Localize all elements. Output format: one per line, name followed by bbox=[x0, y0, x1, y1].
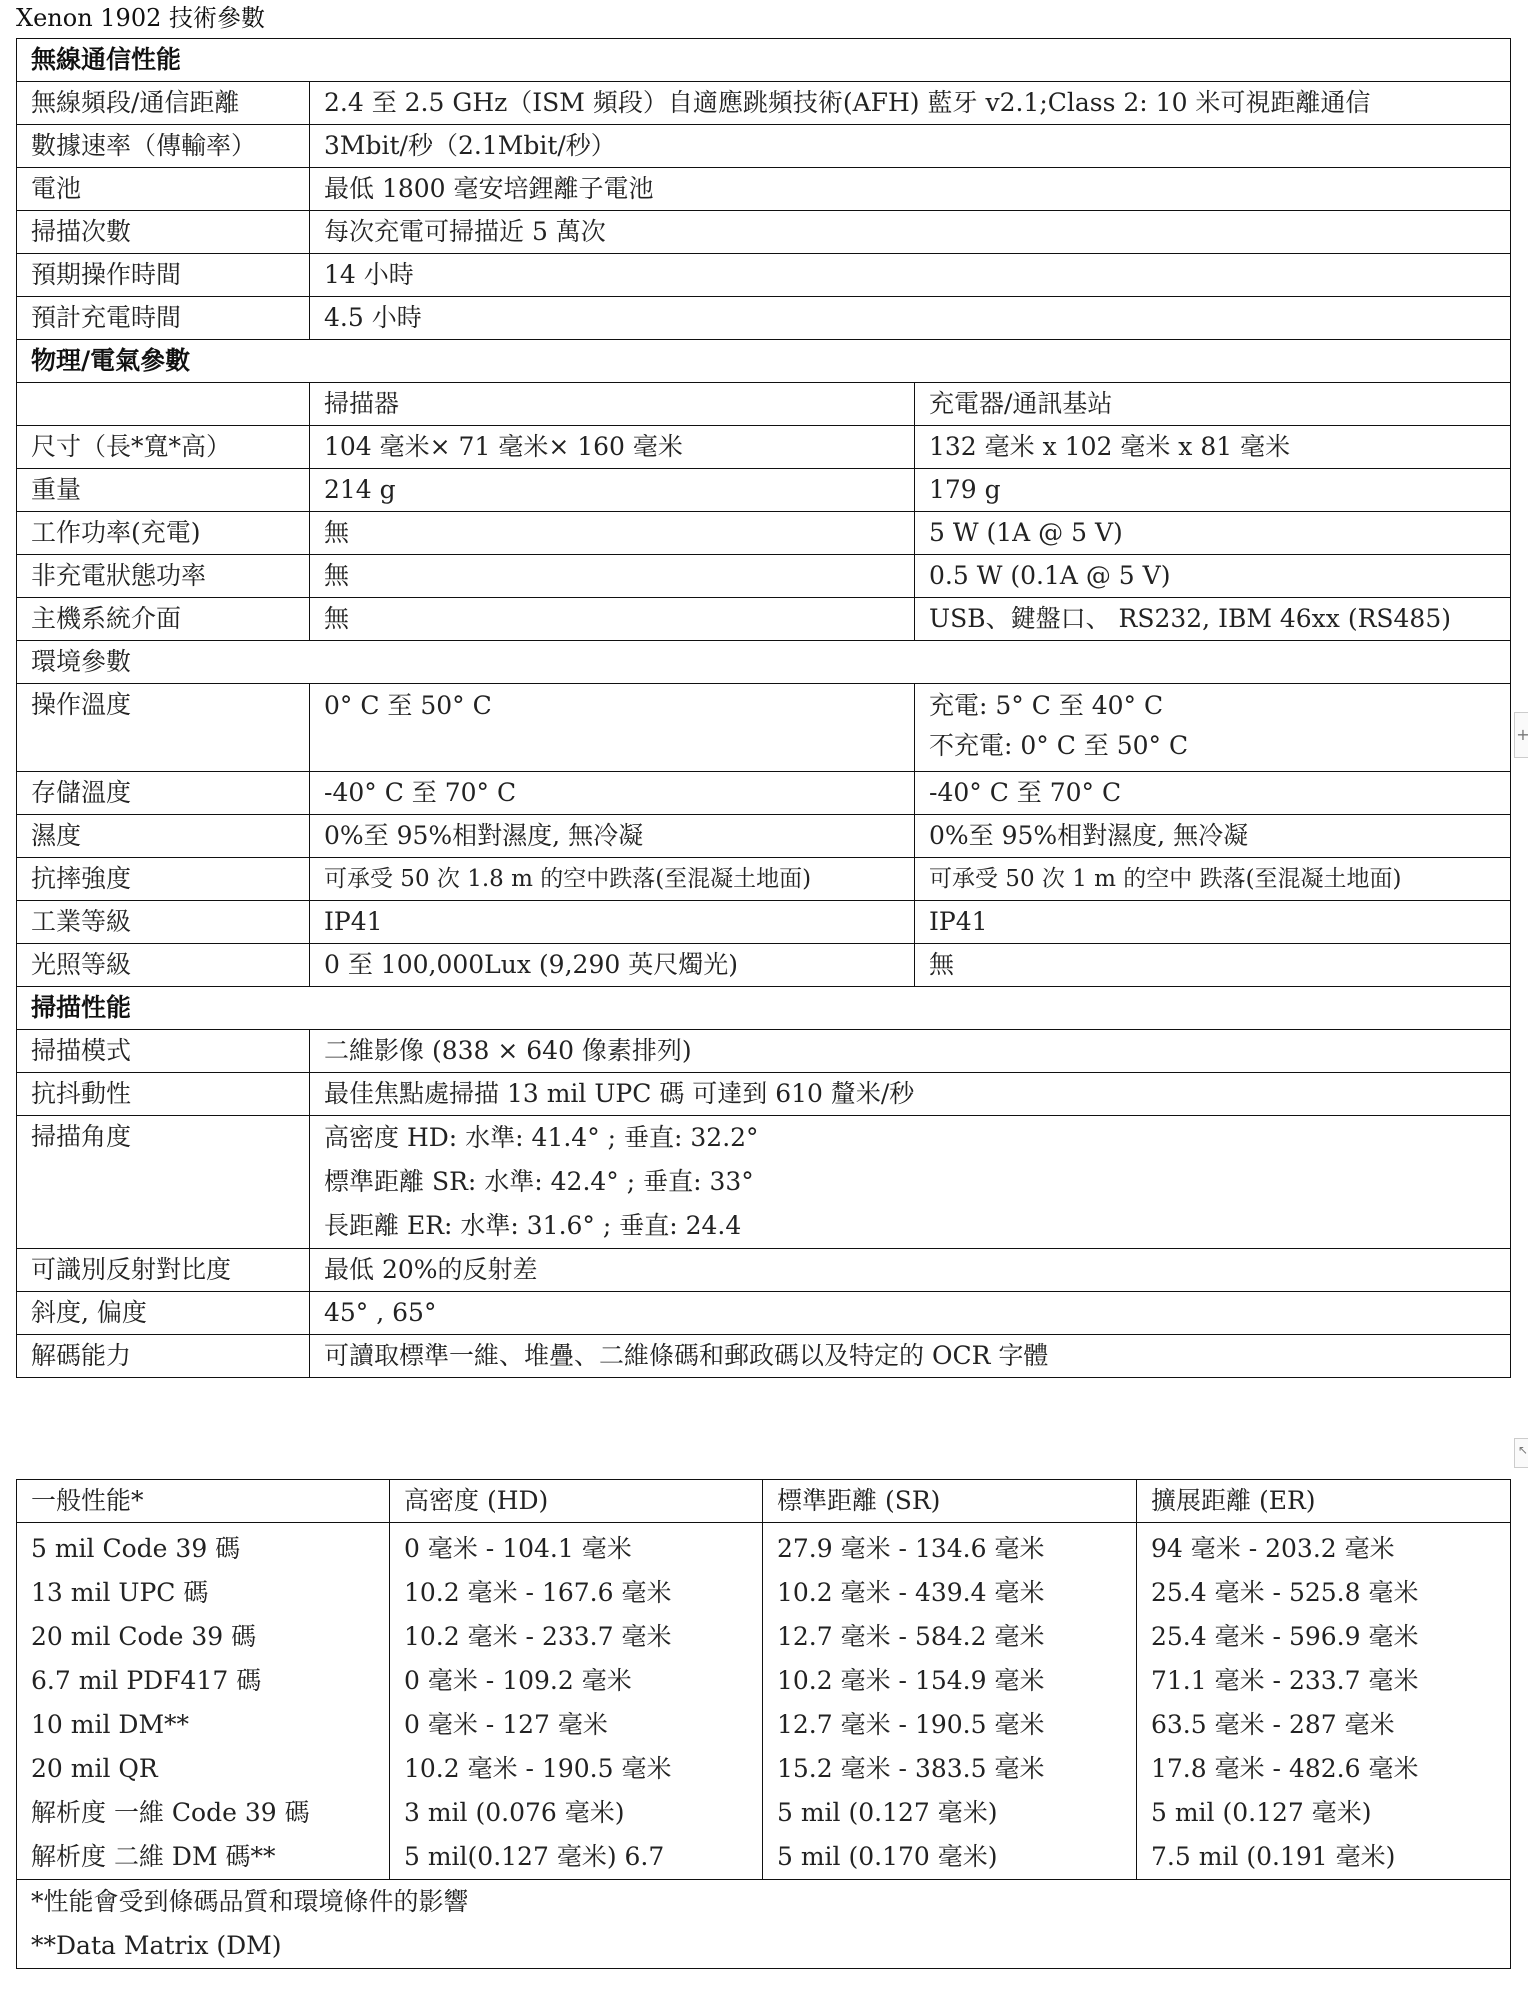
hd-column: 0 毫米 - 104.1 毫米10.2 毫米 - 167.6 毫米10.2 毫米… bbox=[390, 1523, 763, 1880]
scanner-value: 可承受 50 次 1.8 m 的空中跌落(至混凝土地面) bbox=[310, 858, 915, 901]
row-value: 14 小時 bbox=[310, 254, 1511, 297]
table-row: 可識別反射對比度最低 20%的反射差 bbox=[17, 1249, 1511, 1292]
section-header-physical: 物理/電氣參數 bbox=[17, 340, 1511, 383]
column-header-base: 充電器/通訊基站 bbox=[915, 383, 1511, 426]
column-header-sr: 標準距離 (SR) bbox=[763, 1480, 1137, 1523]
column-header-er: 擴展距離 (ER) bbox=[1137, 1480, 1511, 1523]
row-label: 可識別反射對比度 bbox=[17, 1249, 310, 1292]
row-label: 掃描次數 bbox=[17, 211, 310, 254]
row-value: 最低 20%的反射差 bbox=[310, 1249, 1511, 1292]
section-title: 物理/電氣參數 bbox=[17, 340, 1511, 383]
footnote-dm: **Data Matrix (DM) bbox=[31, 1924, 1496, 1968]
row-label: 重量 bbox=[17, 469, 310, 512]
scanner-value: 無 bbox=[310, 512, 915, 555]
document-title: Xenon 1902 技術參數 bbox=[16, 0, 265, 36]
row-label: 預期操作時間 bbox=[17, 254, 310, 297]
table-row: 抗抖動性最佳焦點處掃描 13 mil UPC 碼 可達到 610 釐米/秒 bbox=[17, 1073, 1511, 1116]
row-label: 數據速率（傳輸率） bbox=[17, 125, 310, 168]
table-row: 斜度, 偏度45° , 65° bbox=[17, 1292, 1511, 1335]
section-header-scanning: 掃描性能 bbox=[17, 987, 1511, 1030]
column-header-row: 一般性能* 高密度 (HD) 標準距離 (SR) 擴展距離 (ER) bbox=[17, 1480, 1511, 1523]
footnote-performance: *性能會受到條碼品質和環境條件的影響 bbox=[31, 1880, 1496, 1924]
table-row: 非充電狀態功率無0.5 W (0.1A @ 5 V) bbox=[17, 555, 1511, 598]
row-label: 非充電狀態功率 bbox=[17, 555, 310, 598]
table-row: 工作功率(充電)無5 W (1A @ 5 V) bbox=[17, 512, 1511, 555]
base-value: 179 g bbox=[915, 469, 1511, 512]
row-label: 解碼能力 bbox=[17, 1335, 310, 1378]
scanner-value: 無 bbox=[310, 555, 915, 598]
base-value: 5 W (1A @ 5 V) bbox=[915, 512, 1511, 555]
table-row: 光照等級0 至 100,000Lux (9,290 英尺燭光)無 bbox=[17, 944, 1511, 987]
scanner-value: IP41 bbox=[310, 901, 915, 944]
row-label: 工業等級 bbox=[17, 901, 310, 944]
spec-table: 無線通信性能 無線頻段/通信距離2.4 至 2.5 GHz（ISM 頻段）自適應… bbox=[16, 38, 1511, 1378]
table-row: 掃描角度 高密度 HD: 水準: 41.4° ; 垂直: 32.2° 標準距離 … bbox=[17, 1116, 1511, 1249]
section-title: 環境參數 bbox=[17, 641, 1511, 684]
row-value: 45° , 65° bbox=[310, 1292, 1511, 1335]
scanner-value: 無 bbox=[310, 598, 915, 641]
column-header bbox=[17, 383, 310, 426]
row-value: 高密度 HD: 水準: 41.4° ; 垂直: 32.2° 標準距離 SR: 水… bbox=[310, 1116, 1511, 1249]
add-row-button[interactable]: + bbox=[1514, 712, 1528, 758]
row-label: 抗摔強度 bbox=[17, 858, 310, 901]
row-label: 尺寸（長*寬*高） bbox=[17, 426, 310, 469]
table-row: 操作溫度 0° C 至 50° C 充電: 5° C 至 40° C不充電: 0… bbox=[17, 684, 1511, 772]
base-value: 132 毫米 x 102 毫米 x 81 毫米 bbox=[915, 426, 1511, 469]
section-title: 掃描性能 bbox=[17, 987, 1511, 1030]
sr-column: 27.9 毫米 - 134.6 毫米10.2 毫米 - 439.4 毫米12.7… bbox=[763, 1523, 1137, 1880]
table-row: 5 mil Code 39 碼13 mil UPC 碼20 mil Code 3… bbox=[17, 1523, 1511, 1880]
scanner-value: 0%至 95%相對濕度, 無冷凝 bbox=[310, 815, 915, 858]
footnote-row: *性能會受到條碼品質和環境條件的影響 **Data Matrix (DM) bbox=[17, 1880, 1511, 1969]
base-value: IP41 bbox=[915, 901, 1511, 944]
row-label: 掃描角度 bbox=[17, 1116, 310, 1249]
row-value: 二維影像 (838 × 640 像素排列) bbox=[310, 1030, 1511, 1073]
row-label: 濕度 bbox=[17, 815, 310, 858]
table-row: 無線頻段/通信距離2.4 至 2.5 GHz（ISM 頻段）自適應跳頻技術(AF… bbox=[17, 82, 1511, 125]
base-value: 0.5 W (0.1A @ 5 V) bbox=[915, 555, 1511, 598]
section-header-environment: 環境參數 bbox=[17, 641, 1511, 684]
row-label: 無線頻段/通信距離 bbox=[17, 82, 310, 125]
table-row: 抗摔強度可承受 50 次 1.8 m 的空中跌落(至混凝土地面)可承受 50 次… bbox=[17, 858, 1511, 901]
row-label: 工作功率(充電) bbox=[17, 512, 310, 555]
table-row: 主機系統介面無USB、鍵盤口、 RS232, IBM 46xx (RS485) bbox=[17, 598, 1511, 641]
scanner-value: 104 毫米× 71 毫米× 160 毫米 bbox=[310, 426, 915, 469]
er-column: 94 毫米 - 203.2 毫米25.4 毫米 - 525.8 毫米25.4 毫… bbox=[1137, 1523, 1511, 1880]
table-row: 重量214 g179 g bbox=[17, 469, 1511, 512]
row-label: 光照等級 bbox=[17, 944, 310, 987]
table-row: 濕度0%至 95%相對濕度, 無冷凝0%至 95%相對濕度, 無冷凝 bbox=[17, 815, 1511, 858]
scanner-value: 0 至 100,000Lux (9,290 英尺燭光) bbox=[310, 944, 915, 987]
table-row: 尺寸（長*寬*高）104 毫米× 71 毫米× 160 毫米132 毫米 x 1… bbox=[17, 426, 1511, 469]
collapse-handle-icon[interactable]: ↖ bbox=[1514, 1438, 1528, 1468]
table-row: 掃描次數每次充電可掃描近 5 萬次 bbox=[17, 211, 1511, 254]
scanner-value: 0° C 至 50° C bbox=[310, 684, 915, 772]
row-label: 操作溫度 bbox=[17, 684, 310, 772]
row-value: 3Mbit/秒（2.1Mbit/秒） bbox=[310, 125, 1511, 168]
scanner-value: -40° C 至 70° C bbox=[310, 772, 915, 815]
row-value: 2.4 至 2.5 GHz（ISM 頻段）自適應跳頻技術(AFH) 藍牙 v2.… bbox=[310, 82, 1511, 125]
base-value: -40° C 至 70° C bbox=[915, 772, 1511, 815]
base-value: 無 bbox=[915, 944, 1511, 987]
row-value: 最低 1800 毫安培鋰離子電池 bbox=[310, 168, 1511, 211]
row-value: 每次充電可掃描近 5 萬次 bbox=[310, 211, 1511, 254]
column-header-scanner: 掃描器 bbox=[310, 383, 915, 426]
base-value: 可承受 50 次 1 m 的空中 跌落(至混凝土地面) bbox=[915, 858, 1511, 901]
table-row: 存儲溫度-40° C 至 70° C-40° C 至 70° C bbox=[17, 772, 1511, 815]
range-table: 一般性能* 高密度 (HD) 標準距離 (SR) 擴展距離 (ER) 5 mil… bbox=[16, 1479, 1511, 1969]
section-header-wireless: 無線通信性能 bbox=[17, 39, 1511, 82]
table-row: 預期操作時間14 小時 bbox=[17, 254, 1511, 297]
table-row: 解碼能力可讀取標準一維、堆疊、二維條碼和郵政碼以及特定的 OCR 字體 bbox=[17, 1335, 1511, 1378]
table-row: 數據速率（傳輸率）3Mbit/秒（2.1Mbit/秒） bbox=[17, 125, 1511, 168]
row-label: 抗抖動性 bbox=[17, 1073, 310, 1116]
row-value: 可讀取標準一維、堆疊、二維條碼和郵政碼以及特定的 OCR 字體 bbox=[310, 1335, 1511, 1378]
column-header-row: 掃描器充電器/通訊基站 bbox=[17, 383, 1511, 426]
row-label: 斜度, 偏度 bbox=[17, 1292, 310, 1335]
table-row: 預計充電時間4.5 小時 bbox=[17, 297, 1511, 340]
row-value: 4.5 小時 bbox=[310, 297, 1511, 340]
base-value: 充電: 5° C 至 40° C不充電: 0° C 至 50° C bbox=[915, 684, 1511, 772]
table-row: 電池最低 1800 毫安培鋰離子電池 bbox=[17, 168, 1511, 211]
section-title: 無線通信性能 bbox=[17, 39, 1511, 82]
scanner-value: 214 g bbox=[310, 469, 915, 512]
footnotes: *性能會受到條碼品質和環境條件的影響 **Data Matrix (DM) bbox=[17, 1880, 1511, 1969]
column-header-hd: 高密度 (HD) bbox=[390, 1480, 763, 1523]
table-row: 掃描模式二維影像 (838 × 640 像素排列) bbox=[17, 1030, 1511, 1073]
column-header: 一般性能* bbox=[17, 1480, 390, 1523]
row-label: 主機系統介面 bbox=[17, 598, 310, 641]
base-value: 0%至 95%相對濕度, 無冷凝 bbox=[915, 815, 1511, 858]
symbology-column: 5 mil Code 39 碼13 mil UPC 碼20 mil Code 3… bbox=[17, 1523, 390, 1880]
row-label: 電池 bbox=[17, 168, 310, 211]
row-label: 存儲溫度 bbox=[17, 772, 310, 815]
row-value: 最佳焦點處掃描 13 mil UPC 碼 可達到 610 釐米/秒 bbox=[310, 1073, 1511, 1116]
table-row: 工業等級IP41IP41 bbox=[17, 901, 1511, 944]
row-label: 預計充電時間 bbox=[17, 297, 310, 340]
base-value: USB、鍵盤口、 RS232, IBM 46xx (RS485) bbox=[915, 598, 1511, 641]
row-label: 掃描模式 bbox=[17, 1030, 310, 1073]
